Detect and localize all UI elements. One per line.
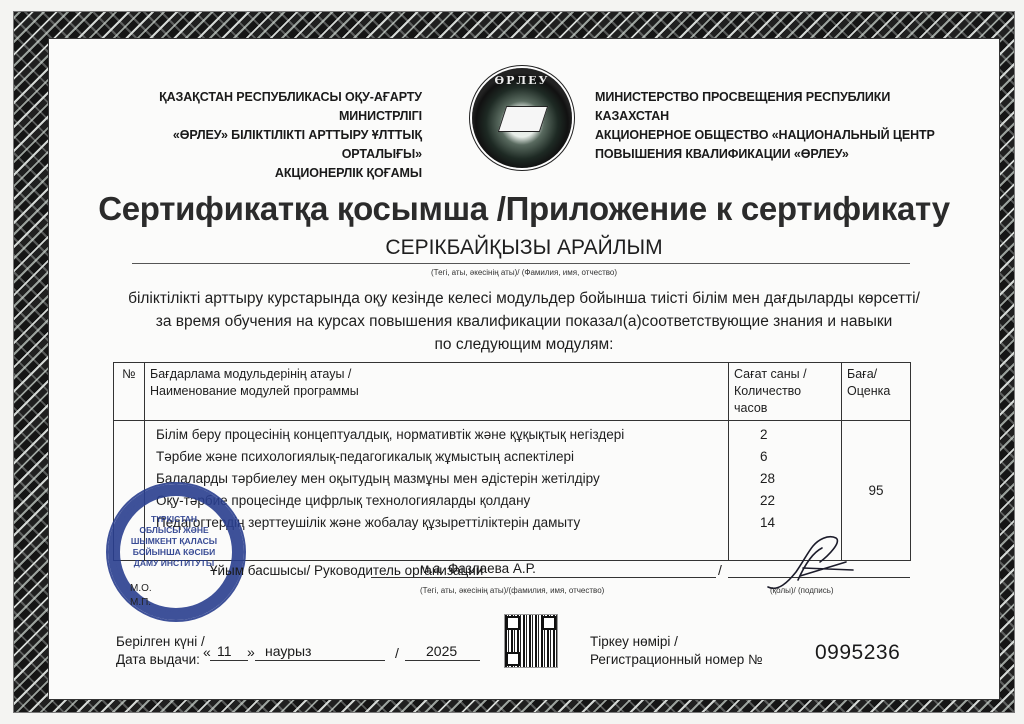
signer-name-caption: (Тегі, аты, әкесінің аты)/(фамилия, имя,… (420, 586, 604, 595)
intro-text: біліктілікті арттыру курстарында оқу кез… (48, 287, 1000, 356)
header-hours: Сағат саны / Количество часов (729, 363, 842, 421)
mp-ru: М.П. (130, 596, 152, 610)
name-underline (132, 263, 910, 264)
hours-value: 22 (730, 490, 840, 512)
logo-text: ӨРЛЕУ (472, 74, 572, 87)
header-org-ru: МИНИСТЕРСТВО ПРОСВЕЩЕНИЯ РЕСПУБЛИКИ КАЗА… (595, 88, 935, 164)
registration-number: 0995236 (815, 641, 900, 665)
table-row: Балаларды тәрбиелеу мен оқытудың мазмұны… (146, 468, 727, 490)
registration-label: Тіркеу нөмірі / Регистрационный номер № (590, 633, 763, 669)
stamp-line: ОБЛЫСЫ ЖӘНЕ (122, 525, 226, 536)
header-kz-line-1: ҚАЗАҚСТАН РЕСПУБЛИКАСЫ ОҚУ-АҒАРТУ МИНИСТ… (110, 88, 422, 126)
signature-caption: (қолы)/ (подпись) (770, 586, 834, 595)
table-header-row: № Бағдарлама модульдерінің атауы / Наиме… (114, 363, 911, 421)
signer-name: м.а. Фазлаева А.Р. (420, 561, 536, 576)
issue-year: 2025 (426, 643, 457, 659)
header-module-name: Бағдарлама модульдерінің атауы / Наимено… (145, 363, 729, 421)
recipient-name-caption: (Тегі, аты, әкесінің аты)/ (Фамилия, имя… (48, 268, 1000, 277)
header-kz-line-3: АКЦИОНЕРЛІК ҚОҒАМЫ (110, 164, 422, 183)
hours-value: 2 (730, 424, 840, 446)
header-module-ru: Наименование модулей программы (150, 383, 723, 400)
month-line (255, 660, 385, 661)
recipient-name: СЕРІКБАЙҚЫЗЫ АРАЙЛЫМ (48, 236, 1000, 260)
issue-date-label-ru: Дата выдачи: (116, 651, 205, 669)
quote-close: » (247, 644, 255, 660)
header-ru-line-1: МИНИСТЕРСТВО ПРОСВЕЩЕНИЯ РЕСПУБЛИКИ КАЗА… (595, 88, 935, 126)
intro-line-1: біліктілікті арттыру курстарында оқу кез… (48, 287, 1000, 310)
header-grade: Баға/ Оценка (842, 363, 911, 421)
header-kz-line-2: «ӨРЛЕУ» БІЛІКТІЛІКТІ АРТТЫРУ ҰЛТТЫҚ ОРТА… (110, 126, 422, 164)
hours-value: 6 (730, 446, 840, 468)
header-module-kz: Бағдарлама модульдерінің атауы / (150, 366, 723, 383)
hours-value: 28 (730, 468, 840, 490)
registration-label-kz: Тіркеу нөмірі / (590, 633, 763, 651)
stamp-text: ТҮРКІСТАН ОБЛЫСЫ ЖӘНЕ ШЫМКЕНТ ҚАЛАСЫ БОЙ… (122, 514, 226, 569)
orleu-logo-icon: ӨРЛЕУ (472, 68, 572, 168)
header-hours-ru: Количество часов (734, 383, 836, 417)
mo-kz: М.О. (130, 582, 152, 596)
hours-value: 14 (730, 512, 840, 534)
handwritten-signature-icon (758, 532, 858, 594)
seal-place-label: М.О. М.П. (130, 582, 152, 610)
intro-line-2: за время обучения на курсах повышения кв… (48, 310, 1000, 333)
day-line (210, 660, 248, 661)
issue-day: 11 (217, 643, 232, 659)
qr-finder (542, 616, 556, 630)
stamp-line: ТҮРКІСТАН (122, 514, 226, 525)
header-hours-kz: Сағат саны / (734, 366, 836, 383)
header-grade-kz: Баға/ (847, 366, 905, 383)
registration-label-ru: Регистрационный номер № (590, 651, 763, 669)
signature-separator: / (718, 562, 722, 578)
issue-date-label: Берілген күні / Дата выдачи: (116, 633, 205, 669)
header-org-kz: ҚАЗАҚСТАН РЕСПУБЛИКАСЫ ОҚУ-АҒАРТУ МИНИСТ… (110, 88, 422, 183)
open-book-icon (498, 106, 548, 132)
year-line (405, 660, 480, 661)
header-number: № (114, 363, 145, 421)
issue-month: наурыз (265, 643, 311, 659)
date-separator: / (395, 645, 399, 661)
document-title: Сертификатқа қосымша /Приложение к серти… (48, 190, 1000, 228)
header-ru-line-3: ПОВЫШЕНИЯ КВАЛИФИКАЦИИ «ӨРЛЕУ» (595, 145, 935, 164)
stamp-line: БОЙЫНША КӘСІБИ (122, 547, 226, 558)
table-row: Білім беру процесінің концептуалдық, нор… (146, 424, 727, 446)
issue-date-label-kz: Берілген күні / (116, 633, 205, 651)
table-row: Оқу-тәрбие процесінде цифрлық технология… (146, 490, 727, 512)
signer-name-line (371, 577, 716, 578)
header-ru-line-2: АКЦИОНЕРНОЕ ОБЩЕСТВО «НАЦИОНАЛЬНЫЙ ЦЕНТР (595, 126, 935, 145)
intro-line-3: по следующим модулям: (48, 333, 1000, 356)
qr-code-icon[interactable] (505, 615, 557, 667)
stamp-line: ШЫМКЕНТ ҚАЛАСЫ (122, 536, 226, 547)
quote-open: « (203, 644, 211, 660)
table-row: Тәрбие және психологиялық-педагогикалық … (146, 446, 727, 468)
organization-stamp: ТҮРКІСТАН ОБЛЫСЫ ЖӘНЕ ШЫМКЕНТ ҚАЛАСЫ БОЙ… (106, 482, 246, 622)
header-grade-ru: Оценка (847, 383, 905, 400)
